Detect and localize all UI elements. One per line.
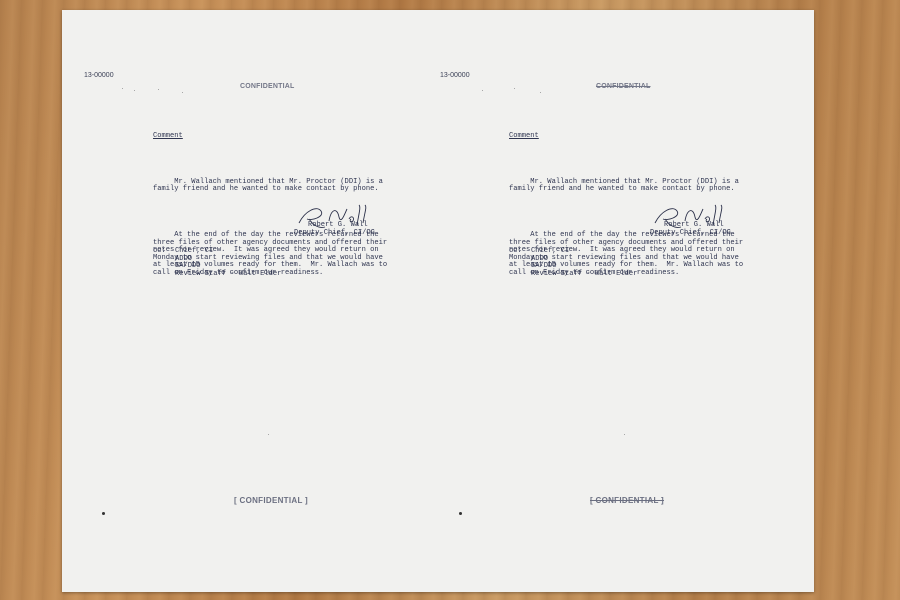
cc-list: cc: Chief, CI ADDO SA/DDO Review Staff -… xyxy=(153,248,281,278)
scan-speck xyxy=(134,90,135,91)
paper-sheet: 13-00000 CONFIDENTIAL Comment Mr. Wallac… xyxy=(62,10,814,592)
memo-paragraph: Mr. Wallach mentioned that Mr. Proctor (… xyxy=(509,179,759,194)
signer-title: Deputy Chief, CI/OG xyxy=(650,230,770,238)
document-id: 13-00000 xyxy=(440,72,470,79)
document-page-right: 13-00000 CONFIDENTIAL Comment Mr. Wallac… xyxy=(418,10,794,592)
scan-speck xyxy=(122,88,123,89)
memo-heading: Comment xyxy=(153,133,403,141)
memo-paragraph: Mr. Wallach mentioned that Mr. Proctor (… xyxy=(153,179,403,194)
cc-label: cc: xyxy=(153,248,175,278)
cc-recipient: Review Staff - Walt Elder xyxy=(531,271,637,279)
memo-heading: Comment xyxy=(509,133,759,141)
scan-speck xyxy=(158,89,159,90)
signature-block: Robert G. Wall Deputy Chief, CI/OG xyxy=(650,204,770,237)
document-id: 13-00000 xyxy=(84,72,114,79)
scan-speck xyxy=(482,90,483,91)
punch-mark xyxy=(102,512,105,515)
cc-recipient: Review Staff - Walt Elder xyxy=(175,271,281,279)
scan-speck xyxy=(268,434,269,435)
scan-speck xyxy=(624,434,625,435)
scan-speck xyxy=(722,258,723,259)
punch-mark xyxy=(459,512,462,515)
classification-stamp-bottom: [ CONFIDENTIAL ] xyxy=(590,496,664,505)
document-page-left: 13-00000 CONFIDENTIAL Comment Mr. Wallac… xyxy=(62,10,438,592)
scan-speck xyxy=(514,88,515,89)
scan-speck xyxy=(540,92,541,93)
scan-speck xyxy=(367,258,368,259)
scan-speck xyxy=(182,92,183,93)
classification-stamp-bottom: [ CONFIDENTIAL ] xyxy=(234,496,308,505)
classification-stamp-top: CONFIDENTIAL xyxy=(240,83,295,90)
cc-label: cc: xyxy=(509,248,531,278)
signature-block: Robert G. Wall Deputy Chief, CI/OG xyxy=(294,204,414,237)
signer-title: Deputy Chief, CI/OG xyxy=(294,230,414,238)
cc-list: cc: Chief, CI ADDO SA/DDO Review Staff -… xyxy=(509,248,637,278)
classification-stamp-top: CONFIDENTIAL xyxy=(596,83,651,90)
